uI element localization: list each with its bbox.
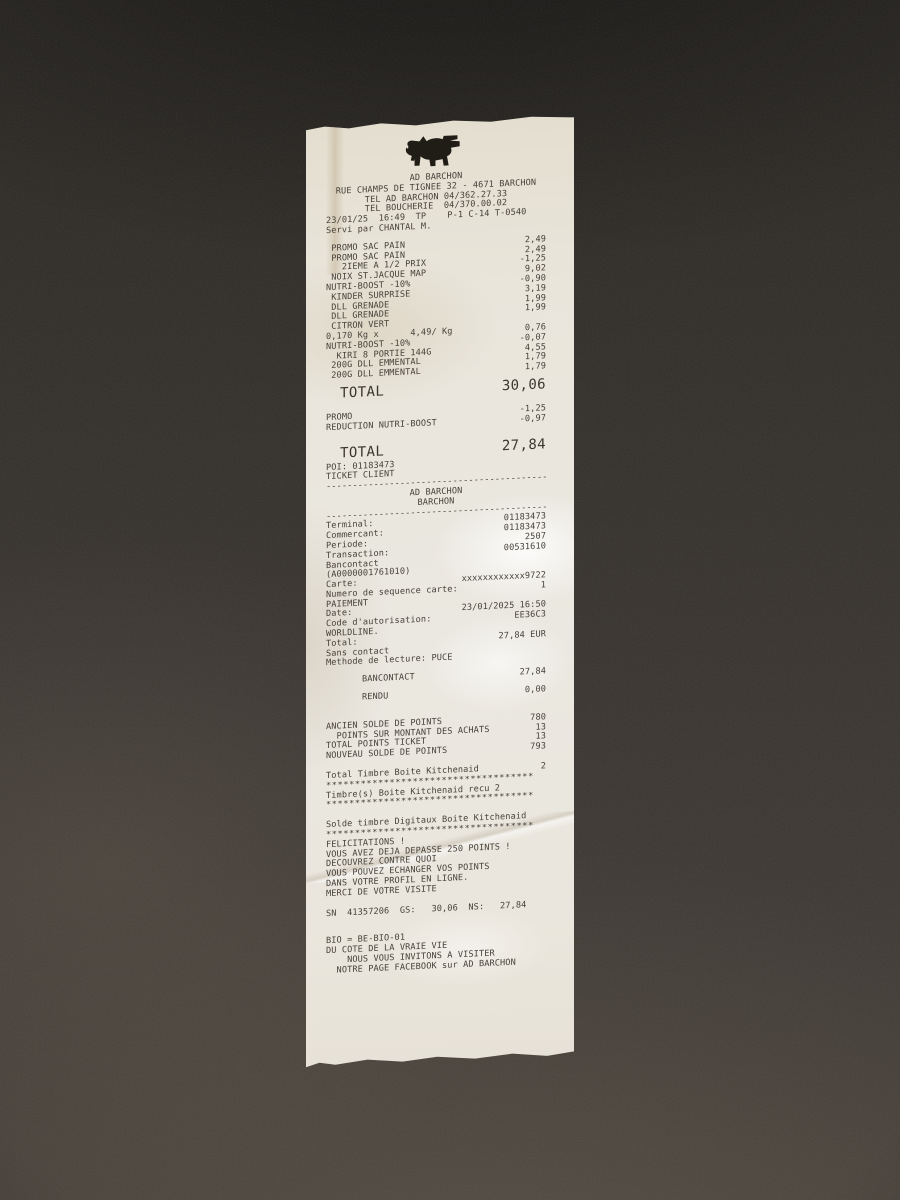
row-value: 27,84 EUR: [499, 630, 546, 642]
row-value: 1,79: [525, 362, 546, 373]
row-value: EE36C3: [514, 611, 546, 622]
total-amount: 27,84: [502, 436, 546, 454]
total-label: TOTAL: [340, 443, 384, 461]
row-value: 00531610: [504, 542, 546, 554]
photo-scene: AD BARCHON RUE CHAMPS DE TIGNEE 32 - 467…: [0, 0, 900, 1200]
change-label: RENDU: [362, 692, 388, 703]
receipt: AD BARCHON RUE CHAMPS DE TIGNEE 32 - 467…: [306, 114, 574, 1068]
card-detail-rows: Terminal: 01183473 Commercant: 01183473 …: [326, 513, 546, 670]
items-list: PROMO SAC PAIN 2,49 PROMO SAC PAIN 2,49 …: [326, 235, 546, 382]
row-value: 793: [530, 743, 546, 754]
change-amount: 0,00: [525, 685, 546, 696]
stamps-total-value: 2: [541, 762, 546, 772]
row-label: 200G DLL EMMENTAL: [326, 368, 421, 382]
row-value: -0,97: [520, 414, 546, 425]
subtotal-label: TOTAL: [340, 383, 384, 401]
tender-amount: 27,84: [520, 668, 546, 679]
message-lines: FELICITATIONS ! VOUS AVEZ DEJA DEPASSE 2…: [326, 831, 546, 900]
row-value: 1: [541, 581, 546, 591]
subtotal-amount: 30,06: [502, 376, 546, 394]
row-value: 1,99: [525, 304, 546, 315]
footer-lines: BIO = BE-BIO-01 DU COTE DE LA VRAIE VIE …: [326, 928, 546, 977]
